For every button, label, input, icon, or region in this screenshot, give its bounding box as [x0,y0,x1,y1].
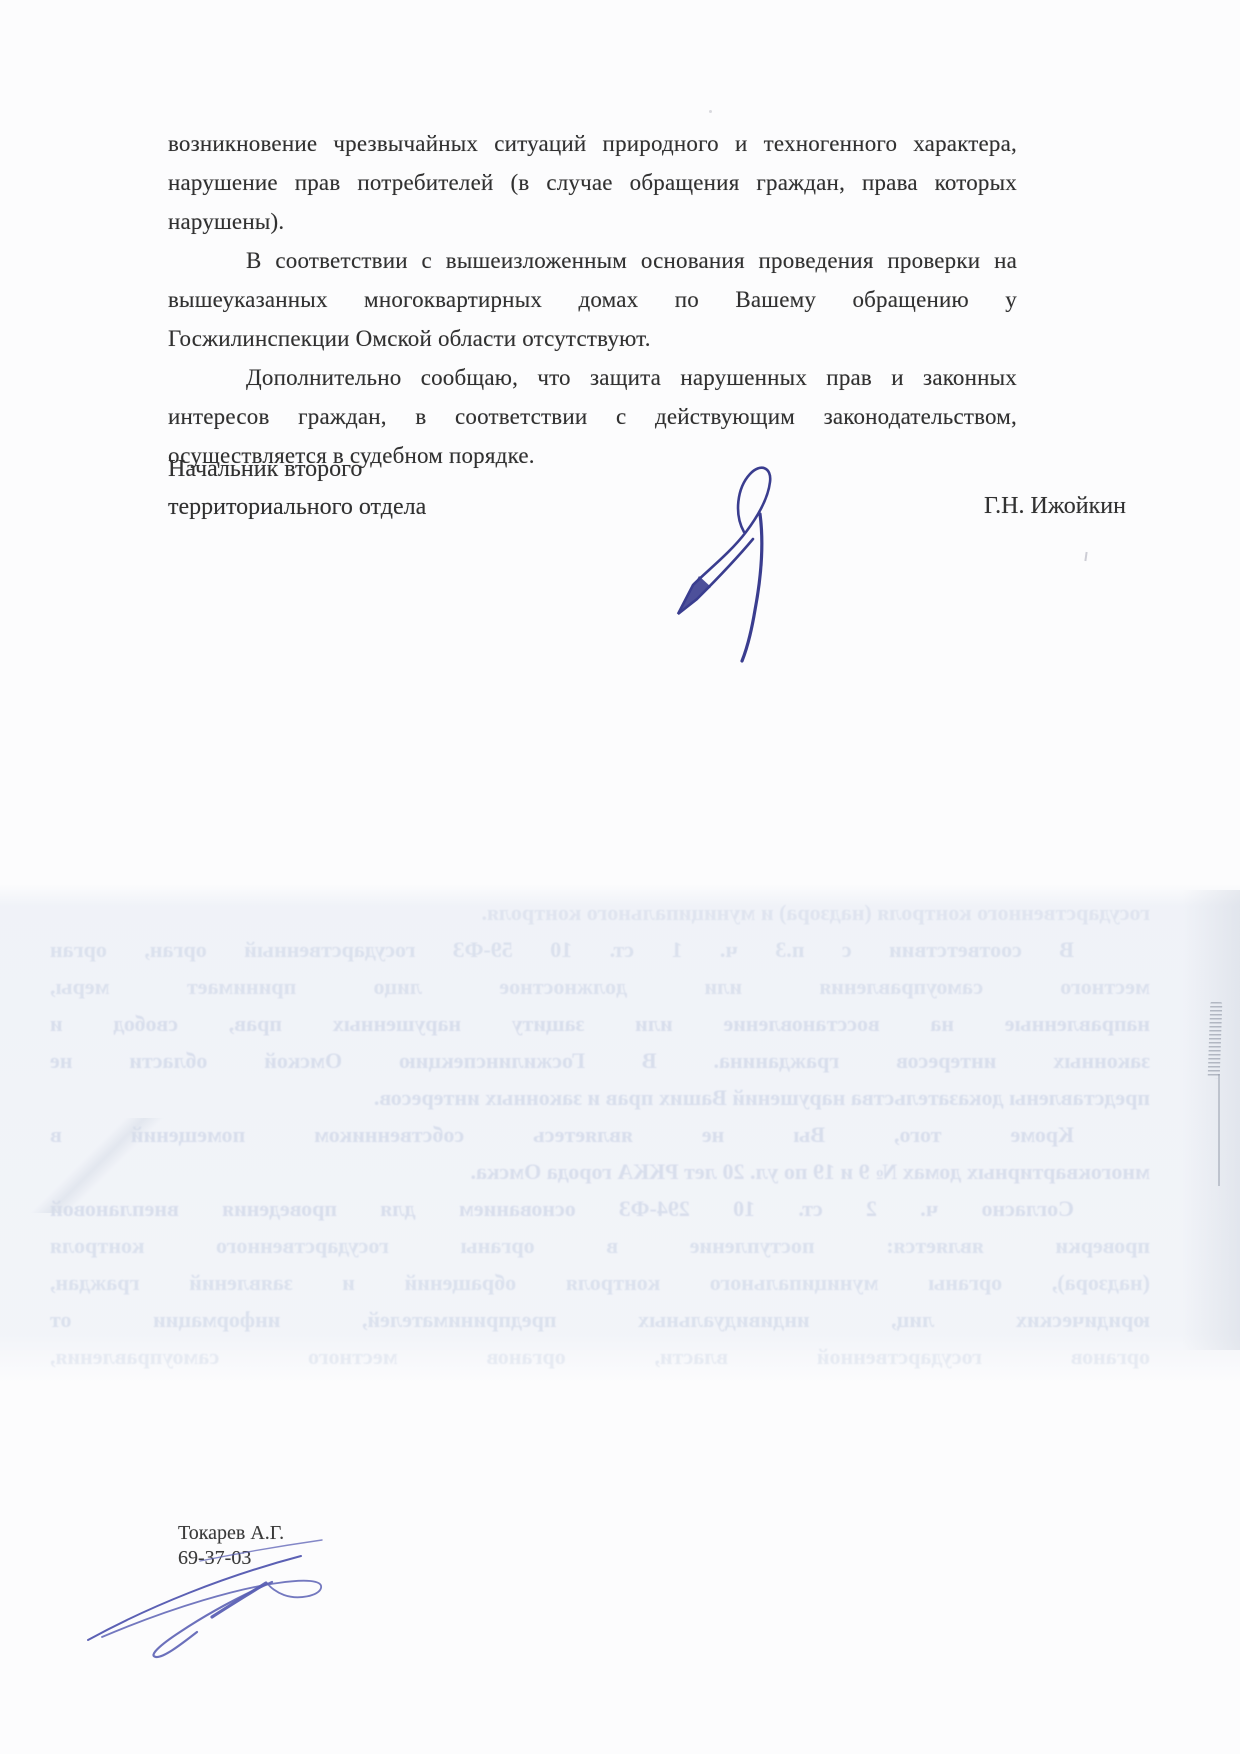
signoff-block: Начальник второготерриториального отдела… [168,450,1126,526]
bleed-line: Кроме того, Вы не являетесь собственнико… [50,1116,1150,1153]
bleed-line: направленные на восстановление или защит… [50,1005,1150,1042]
signature-wedge [678,576,711,614]
bleed-line: многоквартирных домах № 9 и 19 по ул. 20… [50,1153,1150,1190]
scan-smudge [22,1118,172,1213]
signature-tail [742,514,762,661]
scan-speck [1084,552,1087,561]
paragraph: В соответствии с вышеизложенным основани… [168,241,1017,358]
bleed-line: органов государственной власти, органов … [50,1338,1150,1375]
bleed-line: юридических лиц, индивидуальных предприн… [50,1301,1150,1338]
signature-underline [200,1540,322,1561]
bleed-line: местного самоуправления или должностное … [50,968,1150,1005]
bleed-line: законных интересов гражданина. В Госжили… [50,1042,1150,1079]
bleed-line: представлены доказательства нарушений Ва… [50,1079,1150,1116]
bleed-through-text: государственного контроля (надзора) и му… [50,894,1150,1375]
bleed-line: проверки является: поступление в органы … [50,1227,1150,1264]
scanned-letter-page: возникновение чрезвычайных ситуаций прир… [0,0,1240,1754]
handwritten-signature [650,438,800,673]
scan-shadow-band [1182,890,1240,1350]
scan-line-artifact [1218,1074,1220,1186]
bleed-line: государственного контроля (надзора) и му… [50,894,1150,931]
letter-body: возникновение чрезвычайных ситуаций прир… [168,124,1017,475]
paragraph: возникновение чрезвычайных ситуаций прир… [168,124,1017,241]
signature-stroke [212,1583,266,1617]
signer-job-title: Начальник второготерриториального отдела [168,450,426,526]
signature-stroke [153,1582,272,1657]
signer-name: Г.Н. Ижойкин [984,487,1126,526]
executor-signature [75,1533,340,1675]
signature-stroke [88,1556,301,1640]
signer-job-title-line2: территориального отдела [168,494,426,520]
bleed-line: В соответствии с п.3 ч. 1 ст. 10 59-ФЗ г… [50,931,1150,968]
bleed-through-band: государственного контроля (надзора) и му… [0,884,1240,1384]
bleed-line: Согласно ч. 2 ст. 10 294-ФЗ основанием д… [50,1190,1150,1227]
signer-job-title-line1: Начальник второго [168,456,362,482]
signature-stroke [102,1581,321,1637]
scan-speck [709,110,712,113]
bleed-line: (надзора), органы муниципального контрол… [50,1264,1150,1301]
